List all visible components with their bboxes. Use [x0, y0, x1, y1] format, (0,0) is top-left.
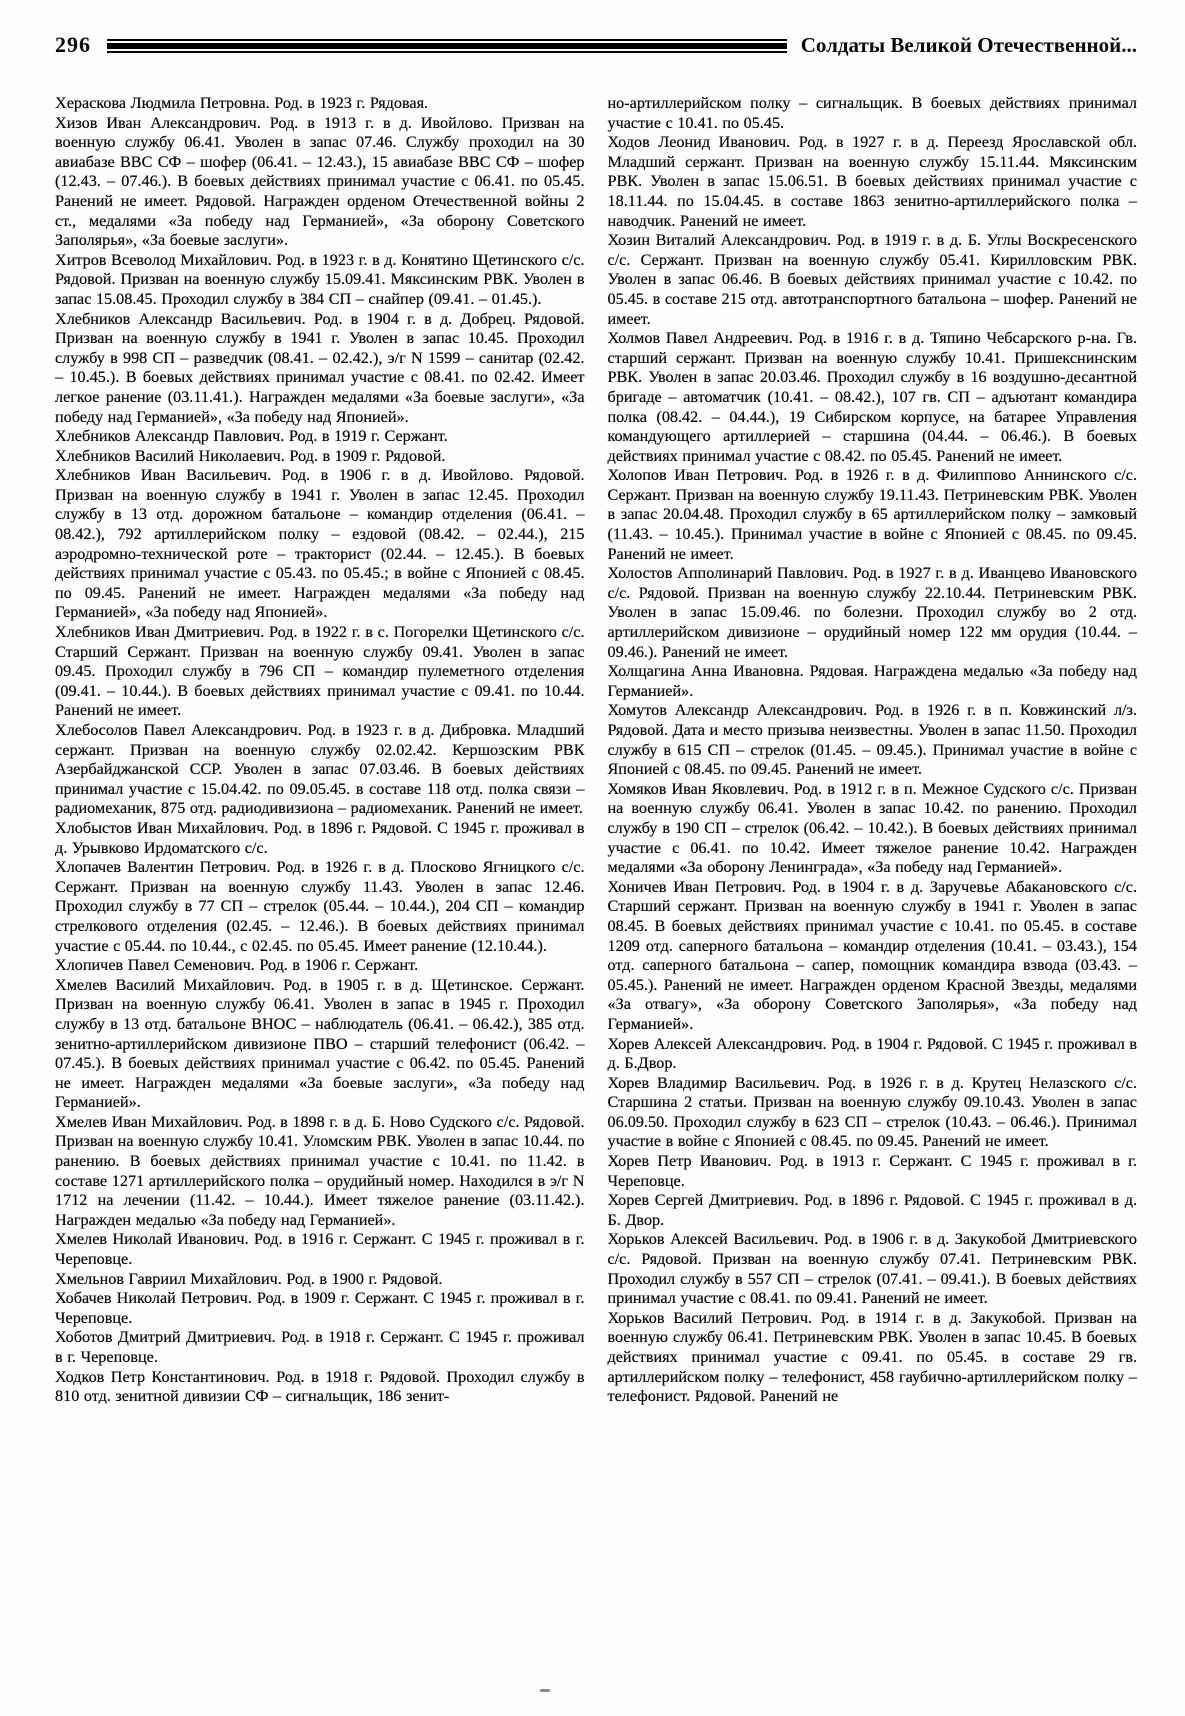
entry-paragraph: Хлобыстов Иван Михайлович. Род. в 1896 г… — [55, 819, 585, 858]
entry-paragraph: Ходов Леонид Иванович. Род. в 1927 г. в … — [608, 133, 1138, 231]
entry-paragraph: Хмелев Николай Иванович. Род. в 1916 г. … — [55, 1230, 585, 1269]
entry-paragraph: Хлебников Иван Васильевич. Род. в 1906 г… — [55, 466, 585, 623]
entry-paragraph: Хорев Алексей Александрович. Род. в 1904… — [608, 1035, 1138, 1074]
entry-paragraph: Хорьков Алексей Васильевич. Род. в 1906 … — [608, 1230, 1138, 1308]
left-column: Хераскова Людмила Петровна. Род. в 1923 … — [55, 94, 585, 1407]
scan-artifact — [540, 1689, 550, 1692]
entry-paragraph: Хмелев Василий Михайлович. Род. в 1905 г… — [55, 976, 585, 1113]
entry-paragraph: Холопов Иван Петрович. Род. в 1926 г. в … — [608, 466, 1138, 564]
entry-paragraph: Хоботов Дмитрий Дмитриевич. Род. в 1918 … — [55, 1328, 585, 1367]
book-page: 296 Солдаты Великой Отечественной... Хер… — [0, 0, 1185, 1716]
entry-paragraph: Хорев Сергей Дмитриевич. Род. в 1896 г. … — [608, 1191, 1138, 1230]
entry-paragraph: Хомутов Александр Александрович. Род. в … — [608, 701, 1138, 779]
entry-paragraph: Хомяков Иван Яковлевич. Род. в 1912 г. в… — [608, 780, 1138, 878]
page-header: 296 Солдаты Великой Отечественной... — [55, 30, 1137, 60]
entry-paragraph: но-артиллерийском полку – сигнальщик. В … — [608, 94, 1138, 133]
entry-paragraph: Холостов Апполинарий Павлович. Род. в 19… — [608, 564, 1138, 662]
right-column: но-артиллерийском полку – сигнальщик. В … — [608, 94, 1138, 1407]
entry-paragraph: Хитров Всеволод Михайлович. Род. в 1923 … — [55, 251, 585, 310]
entry-paragraph: Хераскова Людмила Петровна. Род. в 1923 … — [55, 94, 585, 114]
text-columns: Хераскова Людмила Петровна. Род. в 1923 … — [55, 94, 1137, 1407]
header-rule — [107, 39, 787, 53]
entry-paragraph: Холмов Павел Андреевич. Род. в 1916 г. в… — [608, 329, 1138, 466]
entry-paragraph: Хлебников Александр Васильевич. Род. в 1… — [55, 310, 585, 428]
entry-paragraph: Хлебников Александр Павлович. Род. в 191… — [55, 427, 585, 447]
page-number: 296 — [55, 32, 91, 58]
entry-paragraph: Хозин Виталий Александрович. Род. в 1919… — [608, 231, 1138, 329]
entry-paragraph: Хорев Петр Иванович. Род. в 1913 г. Серж… — [608, 1152, 1138, 1191]
entry-paragraph: Ходков Петр Константинович. Род. в 1918 … — [55, 1368, 585, 1407]
entry-paragraph: Хоничев Иван Петрович. Род. в 1904 г. в … — [608, 878, 1138, 1035]
entry-paragraph: Хлопичев Павел Семенович. Род. в 1906 г.… — [55, 956, 585, 976]
entry-paragraph: Холщагина Анна Ивановна. Рядовая. Награж… — [608, 662, 1138, 701]
running-title: Солдаты Великой Отечественной... — [801, 33, 1137, 58]
entry-paragraph: Хлопачев Валентин Петрович. Род. в 1926 … — [55, 858, 585, 956]
entry-paragraph: Хлебников Иван Дмитриевич. Род. в 1922 г… — [55, 623, 585, 721]
entry-paragraph: Хлебников Василий Николаевич. Род. в 190… — [55, 447, 585, 467]
entry-paragraph: Хорьков Василий Петрович. Род. в 1914 г.… — [608, 1309, 1138, 1407]
entry-paragraph: Хизов Иван Александрович. Род. в 1913 г.… — [55, 114, 585, 251]
entry-paragraph: Хмелев Иван Михайлович. Род. в 1898 г. в… — [55, 1113, 585, 1231]
entry-paragraph: Хлебосолов Павел Александрович. Род. в 1… — [55, 721, 585, 819]
entry-paragraph: Хмельнов Гавриил Михайлович. Род. в 1900… — [55, 1270, 585, 1290]
entry-paragraph: Хобачев Николай Петрович. Род. в 1909 г.… — [55, 1289, 585, 1328]
entry-paragraph: Хорев Владимир Васильевич. Род. в 1926 г… — [608, 1074, 1138, 1152]
